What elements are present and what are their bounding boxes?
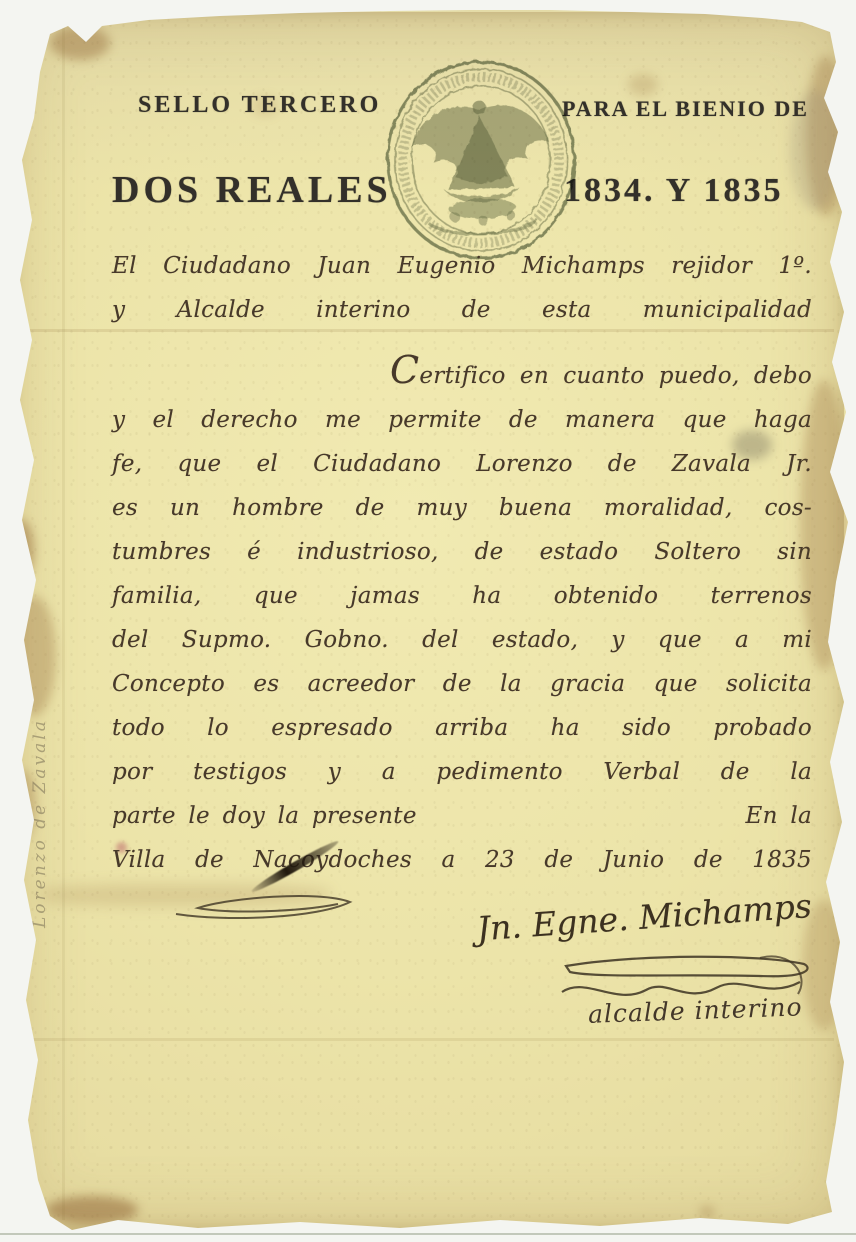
eagle-seal-icon — [378, 53, 583, 268]
closing-right: En la — [746, 794, 812, 838]
manuscript-line: y Alcalde interino de esta municipalidad — [112, 288, 812, 332]
stain-blotch — [46, 1196, 138, 1224]
denomination-label: DOS REALES — [112, 168, 392, 212]
manuscript-line: tumbres é industrioso, de estado Soltero… — [112, 530, 812, 574]
manuscript-line: fe, que el Ciudadano Lorenzo de Zavala J… — [112, 442, 812, 486]
paper-sheet: SELLO TERCERO DOS REALES PARA EL BIENIO … — [0, 0, 856, 1242]
underline-flourish — [168, 888, 363, 926]
stain-edge — [806, 56, 846, 216]
margin-note: Lorenzo de Zavala — [30, 618, 50, 928]
manuscript-line: es un hombre de muy buena moralidad, cos… — [112, 486, 812, 530]
manuscript-line: y el derecho me permite de manera que ha… — [112, 398, 812, 442]
scanned-document-page: SELLO TERCERO DOS REALES PARA EL BIENIO … — [0, 0, 856, 1242]
fold-crease-vertical — [62, 28, 65, 1220]
fold-crease-horizontal — [22, 1038, 834, 1041]
manuscript-line: Villa de Nacoydoches a 23 de Junio de 18… — [112, 838, 812, 882]
manuscript-line: todo lo espresado arriba ha sido probado — [112, 706, 812, 750]
stain-spot — [700, 1206, 714, 1218]
manuscript-line: Certifico en cuanto puedo, debo — [112, 348, 812, 398]
manuscript-line: familia, que jamas ha obtenido terrenos — [112, 574, 812, 618]
scanner-edge-line — [0, 1233, 856, 1235]
manuscript-line: Concepto es acreedor de la gracia que so… — [112, 662, 812, 706]
manuscript-line: El Ciudadano Juan Eugenio Michamps rejid… — [112, 244, 812, 288]
stamp-class-label: SELLO TERCERO — [138, 92, 381, 119]
stain-blotch — [8, 520, 34, 580]
signature-title: alcalde interino — [588, 992, 809, 1029]
manuscript-line: parte le doy la presente En la — [112, 794, 812, 838]
biennium-years: 1834. Y 1835 — [564, 172, 784, 210]
manuscript-line: por testigos y a pedimento Verbal de la — [112, 750, 812, 794]
manuscript-body: El Ciudadano Juan Eugenio Michamps rejid… — [112, 244, 812, 882]
closing-left: parte le doy la presente — [112, 794, 417, 838]
manuscript-line: del Supmo. Gobno. del estado, y que a mi — [112, 618, 812, 662]
stain-blotch — [50, 26, 110, 60]
biennium-label: PARA EL BIENIO DE — [562, 96, 809, 122]
signature-name: Jn. Egne. Michamps — [467, 886, 813, 949]
stain-spot — [628, 74, 658, 96]
